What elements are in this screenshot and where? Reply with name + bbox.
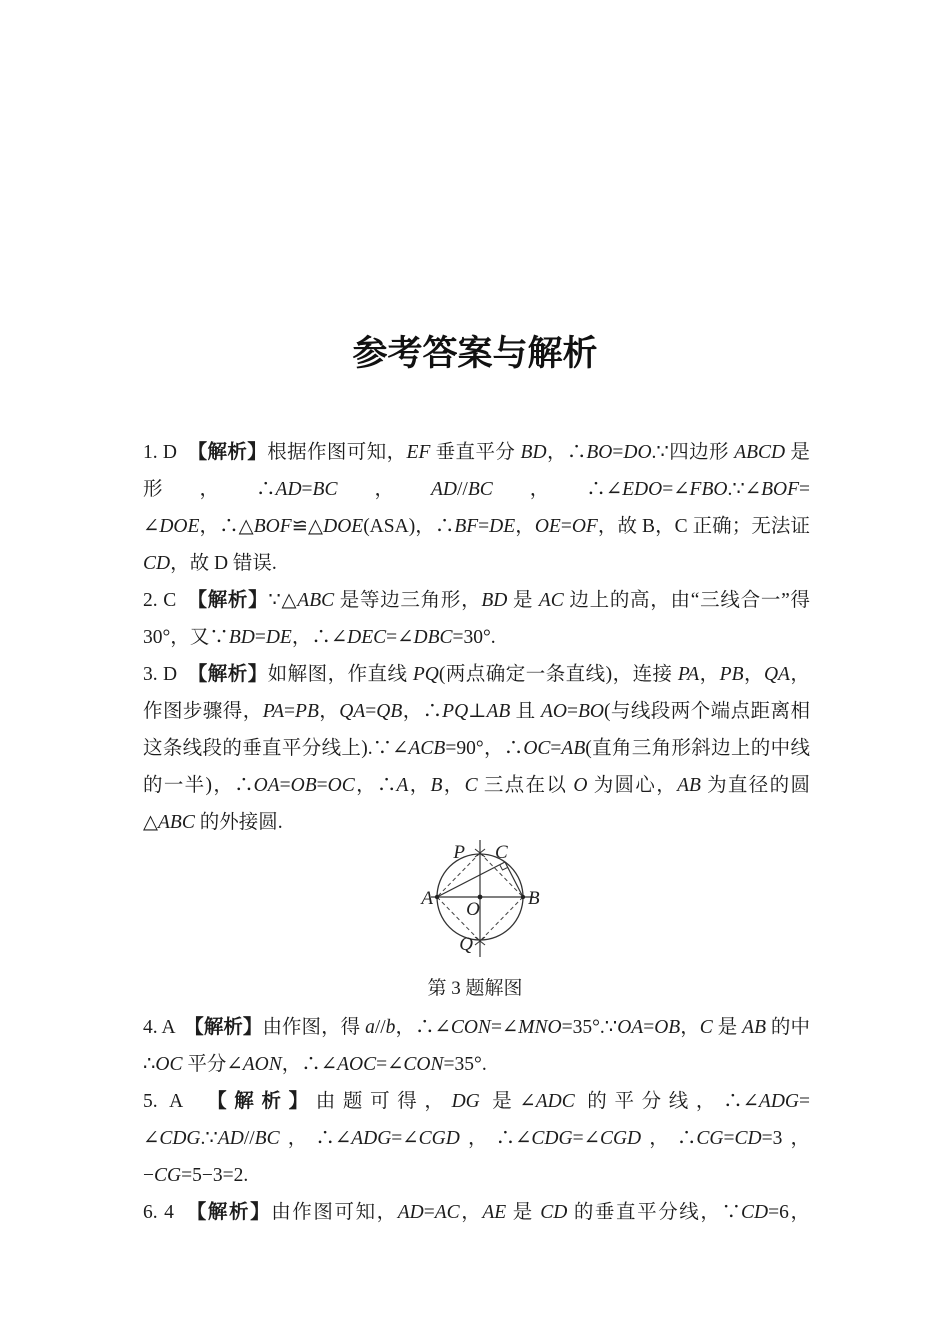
figure-label-q: Q — [459, 934, 473, 955]
solution-line-q1: ∠DOE，∴△BOF≌△DOE(ASA)，∴BF=DE，OE=OF，故 B，C … — [143, 508, 810, 545]
solution-line-q1: 形，∴AD=BC，AD//BC，∴∠EDO=∠FBO.∵∠BOF= — [143, 471, 810, 508]
solution-line-q3: 3. D 【解析】如解图，作直线 PQ(两点确定一条直线)，连接 PA，PB，Q… — [143, 656, 810, 693]
figure-label-p: P — [452, 842, 465, 863]
point-b-dot — [521, 895, 525, 899]
solution-line-q5: −CG=5−3=2. — [143, 1157, 810, 1194]
answer-key-page: { "title": "参考答案与解析", "answers_before_fi… — [0, 0, 950, 1344]
figure-label-a: A — [419, 888, 433, 909]
solution-line-q3: 作图步骤得，PA=PB，QA=QB，∴PQ⊥AB 且 AO=BO(与线段两个端点… — [143, 693, 810, 730]
solution-line-q2: 30°，又∵BD=DE，∴∠DEC=∠DBC=30°. — [143, 619, 810, 656]
figure-label-b: B — [528, 888, 540, 909]
segment-ac — [437, 862, 505, 897]
figure-label-o: O — [466, 899, 480, 920]
solution-line-q5: ∠CDG.∵AD//BC，∴∠ADG=∠CGD，∴∠CDG=∠CGD，∴CG=C… — [143, 1120, 810, 1157]
solution-line-q1: 1. D 【解析】根据作图可知，EF 垂直平分 BD，∴BO=DO.∵四边形 A… — [143, 434, 810, 471]
solution-line-q3: 的一半)，∴OA=OB=OC，∴A，B，C 三点在以 O 为圆心，AB 为直径的… — [143, 767, 810, 804]
solution-line-q4: 4. A 【解析】由作图，得 a//b，∴∠CON=∠MNO=35°.∵OA=O… — [143, 1009, 810, 1046]
solution-line-q4: ∴OC 平分∠AON，∴∠AOC=∠CON=35°. — [143, 1046, 810, 1083]
point-a-dot — [435, 895, 439, 899]
solution-line-q2: 2. C 【解析】∵△ABC 是等边三角形，BD 是 AC 边上的高，由“三线合… — [143, 582, 810, 619]
solution-line-q6: 6. 4 【解析】由作图可知，AD=AC，AE 是 CD 的垂直平分线，∵CD=… — [143, 1194, 810, 1231]
solutions-block-2: 4. A 【解析】由作图，得 a//b，∴∠CON=∠MNO=35°.∵OA=O… — [143, 1009, 810, 1231]
solution-line-q3: 这条线段的垂直平分线上).∵∠ACB=90°，∴OC=AB(直角三角形斜边上的中… — [143, 730, 810, 767]
question3-construction-figure: P C A B O Q — [405, 833, 555, 963]
solution-line-q5: 5. A 【解析】由题可得，DG 是∠ADC 的平分线，∴∠ADG= — [143, 1083, 810, 1120]
figure-label-c: C — [495, 842, 508, 863]
solution-line-q1: CD，故 D 错误. — [143, 545, 810, 582]
page-title: 参考答案与解析 — [0, 333, 950, 375]
solutions-block-1: 1. D 【解析】根据作图可知，EF 垂直平分 BD，∴BO=DO.∵四边形 A… — [143, 434, 810, 841]
figure-caption: 第 3 题解图 — [0, 976, 950, 1002]
